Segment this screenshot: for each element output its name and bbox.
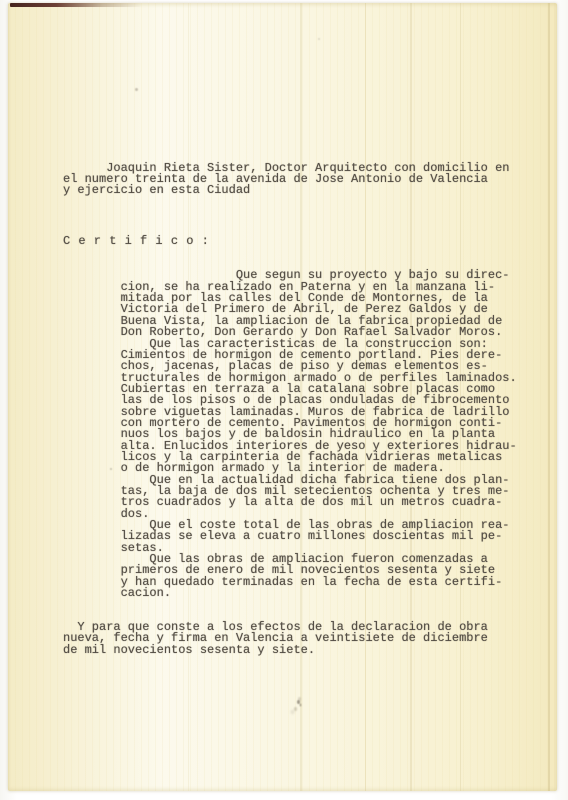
certify-heading: C e r t i f i c o :	[63, 236, 517, 247]
text-line: cacion.	[63, 588, 517, 599]
smudge-mark	[297, 700, 300, 704]
text-line: y ejercicio en esta Ciudad	[63, 185, 517, 196]
paper-speck	[135, 88, 138, 91]
paper-sheet: Joaquin Rieta Sister, Doctor Arquitecto …	[8, 3, 557, 791]
closing-paragraph: Y para que conste a los efectos de la de…	[63, 622, 517, 656]
text-line: de mil novecientos sesenta y siete.	[63, 645, 517, 656]
scan-edge-artifact	[10, 3, 142, 7]
typewritten-text: Joaquin Rieta Sister, Doctor Arquitecto …	[63, 140, 517, 679]
body-text: Que segun su proyecto y bajo su direc- c…	[63, 270, 517, 599]
paper-streak	[548, 3, 550, 791]
paper-speck	[318, 38, 320, 40]
header-paragraph: Joaquin Rieta Sister, Doctor Arquitecto …	[63, 163, 517, 197]
scanned-document: Joaquin Rieta Sister, Doctor Arquitecto …	[0, 0, 568, 800]
